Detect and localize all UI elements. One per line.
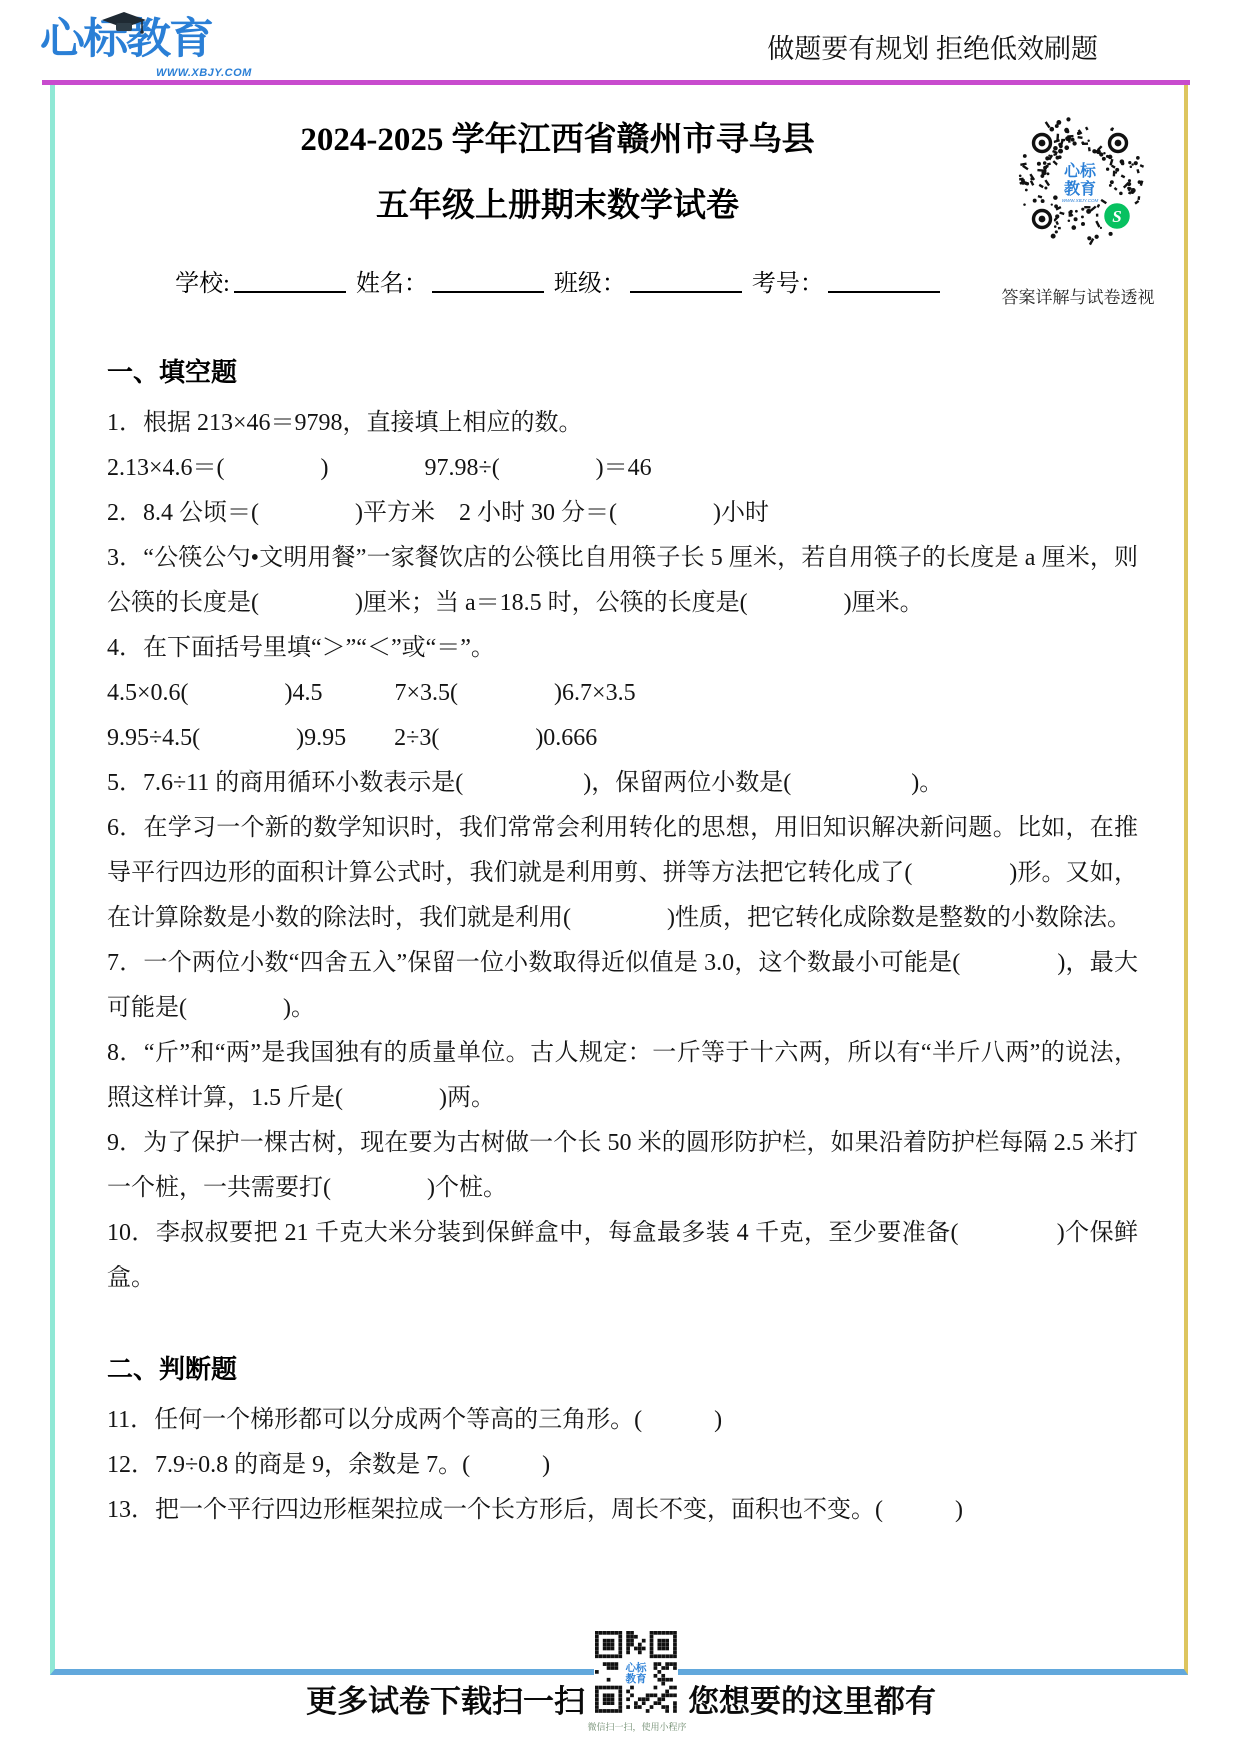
qr-center-logo-line1: 心标 bbox=[1064, 162, 1097, 180]
paper-title-line1: 2024-2025 学年江西省赣州市寻乌县 bbox=[107, 119, 1008, 161]
answer-qr-code: 心标 教育 WWW.XBJY.COM S bbox=[1014, 115, 1146, 247]
footer-qr-code: 心标 教育 bbox=[595, 1631, 677, 1713]
qr-finder-top-right bbox=[1106, 131, 1130, 155]
question-paragraph: 12．7.9÷0.8 的商是 9，余数是 7。( ) bbox=[107, 1443, 1138, 1488]
paper-header: 2024-2025 学年江西省赣州市寻乌县 五年级上册期末数学试卷 学校: 姓名… bbox=[107, 85, 1008, 298]
section-heading: 一、填空题 bbox=[107, 356, 1138, 388]
section-true-false: 二、判断题 11．任何一个梯形都可以分成两个等高的三角形。( ) 12．7.9÷… bbox=[107, 1353, 1138, 1533]
question-paragraph: 2．8.4 公顷＝( )平方米 2 小时 30 分＝( )小时 bbox=[107, 491, 1138, 536]
paper-title-line2: 五年级上册期末数学试卷 bbox=[107, 185, 1008, 227]
qr-center-logo-url: WWW.XBJY.COM bbox=[1062, 198, 1099, 203]
qr-finder-top-left bbox=[1030, 131, 1054, 155]
footer-download-text: 更多试卷下载扫一扫 bbox=[306, 1684, 585, 1720]
footer-promo-text: 您想要的这里都有 bbox=[688, 1684, 936, 1720]
footer-qr-logo-line2: 教育 bbox=[625, 1672, 647, 1685]
question-paragraph: 7．一个两位小数“四舍五入”保留一位小数取得近似值是 3.0，这个数最小可能是(… bbox=[107, 941, 1138, 1031]
brand-logo: 心标教育 WWW.XBJY.COM bbox=[40, 10, 260, 80]
qr-finder-bottom-left bbox=[1030, 207, 1054, 231]
class-blank bbox=[630, 273, 742, 293]
mini-program-icon: S bbox=[1103, 202, 1131, 230]
question-paragraph: 11．任何一个梯形都可以分成两个等高的三角形。( ) bbox=[107, 1398, 1138, 1443]
graduation-cap-icon bbox=[100, 12, 148, 36]
question-paragraph: 2.13×4.6＝( ) 97.98÷( )＝46 bbox=[107, 446, 1138, 491]
name-label: 姓名： bbox=[356, 271, 428, 297]
answer-qr-caption: 答案详解与试卷透视 bbox=[988, 283, 1168, 308]
question-paragraph: 10．李叔叔要把 21 千克大米分装到保鲜盒中，每盒最多装 4 千克，至少要准备… bbox=[107, 1211, 1138, 1301]
section-heading: 二、判断题 bbox=[107, 1353, 1138, 1385]
class-label: 班级： bbox=[554, 271, 626, 297]
question-paragraph: 6．在学习一个新的数学知识时，我们常常会利用转化的思想，用旧知识解决新问题。比如… bbox=[107, 806, 1138, 941]
footer-qr-caption-text: 微信扫一扫，使用小程序 bbox=[588, 1720, 687, 1733]
name-blank bbox=[432, 273, 544, 293]
school-field: 学校: bbox=[175, 271, 346, 297]
student-info-row: 学校: 姓名： 班级： 考号： bbox=[107, 263, 1008, 298]
class-field: 班级： bbox=[554, 271, 742, 297]
question-paragraph: 5．7.6÷11 的商用循环小数表示是( )，保留两位小数是( )。 bbox=[107, 761, 1138, 806]
svg-text:S: S bbox=[1112, 207, 1121, 226]
brand-logo-text: 心标教育 bbox=[40, 10, 260, 67]
question-paragraph: 9．为了保护一棵古树，现在要为古树做一个长 50 米的圆形防护栏，如果沿着防护栏… bbox=[107, 1121, 1138, 1211]
school-blank bbox=[234, 273, 346, 293]
examno-blank bbox=[828, 273, 940, 293]
question-paragraph: 4．在下面括号里填“＞”“＜”或“＝”。 bbox=[107, 626, 1138, 671]
question-paragraph: 3．“公筷公勺•文明用餐”一家餐饮店的公筷比自用筷子长 5 厘米，若自用筷子的长… bbox=[107, 536, 1138, 626]
school-label: 学校: bbox=[175, 271, 230, 297]
question-paragraph: 4.5×0.6( )4.5 7×3.5( )6.7×3.5 bbox=[107, 671, 1138, 716]
question-paragraph: 1．根据 213×46＝9798，直接填上相应的数。 bbox=[107, 401, 1138, 446]
question-paragraph: 9.95÷4.5( )9.95 2÷3( )0.666 bbox=[107, 716, 1138, 761]
name-field: 姓名： bbox=[356, 271, 544, 297]
page-frame: 心标 教育 WWW.XBJY.COM S 答案详解与试卷透视 2024-2025… bbox=[50, 85, 1188, 1675]
qr-center-logo-line2: 教育 bbox=[1064, 179, 1096, 198]
examno-field: 考号： bbox=[752, 271, 940, 297]
footer-qr-block: 心标 教育 微信扫一扫，使用小程序 bbox=[594, 1630, 678, 1734]
question-paragraph: 8．“斤”和“两”是我国独有的质量单位。古人规定：一斤等于十六两，所以有“半斤八… bbox=[107, 1031, 1138, 1121]
header-slogan: 做题要有规划 拒绝低效刷题 bbox=[767, 27, 1098, 66]
brand-logo-url: WWW.XBJY.COM bbox=[156, 67, 252, 79]
footer-qr-caption: 微信扫一扫，使用小程序 bbox=[595, 1720, 677, 1733]
section-fill-blanks: 一、填空题 1．根据 213×46＝9798，直接填上相应的数。 2.13×4.… bbox=[107, 356, 1138, 1301]
question-paragraph: 13．把一个平行四边形框架拉成一个长方形后，周长不变，面积也不变。( ) bbox=[107, 1488, 1138, 1533]
examno-label: 考号： bbox=[752, 271, 824, 297]
